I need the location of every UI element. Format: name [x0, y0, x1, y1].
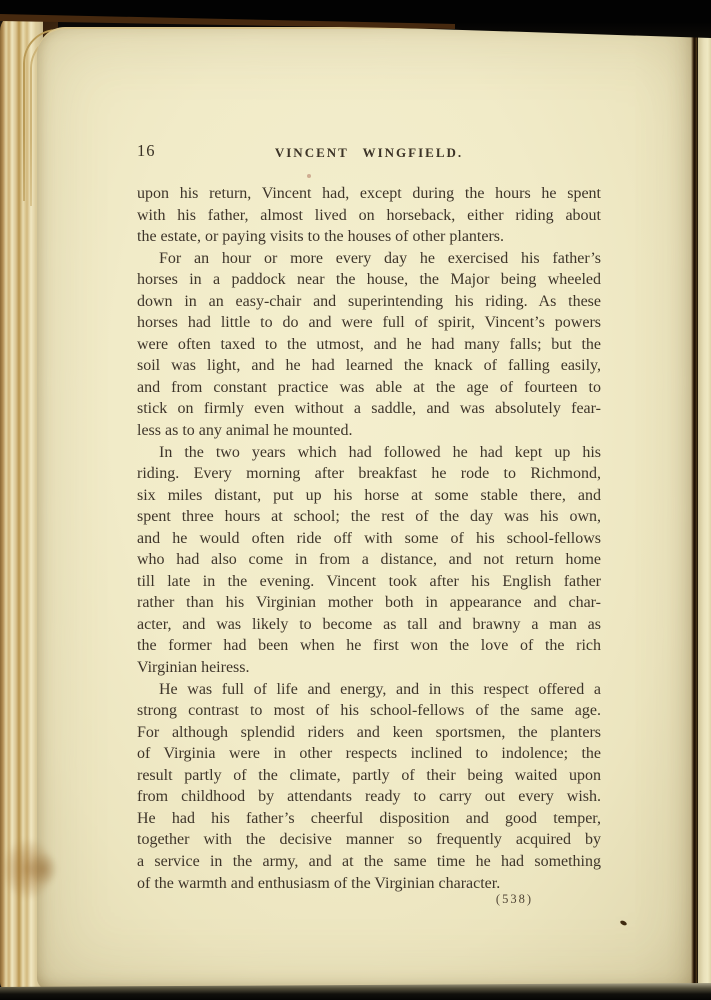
- text-line: soil was light, and he had learned the k…: [137, 355, 601, 377]
- text-line: with his father, almost lived on horseba…: [137, 205, 601, 227]
- text-line: were often taxed to the utmost, and he h…: [137, 334, 601, 356]
- text-line: horses had little to do and were full of…: [137, 312, 601, 334]
- text-line: upon his return, Vincent had, except dur…: [137, 183, 601, 205]
- text-line: the former had been when he first won th…: [137, 635, 601, 657]
- gutter-shadow: [691, 26, 698, 991]
- text-line: He was full of life and energy, and in t…: [137, 679, 601, 701]
- text-line: less as to any animal he mounted.: [137, 420, 601, 442]
- text-line: In the two years which had followed he h…: [137, 442, 601, 464]
- text-line: spent three hours at school; the rest of…: [137, 506, 601, 528]
- book-scan: 16 VINCENT WINGFIELD. upon his return, V…: [0, 0, 711, 1000]
- text-line: six miles distant, put up his horse at s…: [137, 485, 601, 507]
- text-line: and he would often ride off with some of…: [137, 528, 601, 550]
- text-line: Virginian heiress.: [137, 657, 601, 679]
- page-text: 16 VINCENT WINGFIELD. upon his return, V…: [137, 141, 601, 907]
- text-line: result partly of the climate, partly of …: [137, 765, 601, 787]
- text-line: stick on firmly even without a saddle, a…: [137, 398, 601, 420]
- text-line: For an hour or more every day he exercis…: [137, 248, 601, 270]
- paragraph: For an hour or more every day he exercis…: [137, 248, 601, 442]
- paragraph: He was full of life and energy, and in t…: [137, 679, 601, 894]
- text-line: down in an easy-chair and superintending…: [137, 291, 601, 313]
- text-line: acter, and was likely to become as tall …: [137, 614, 601, 636]
- text-line: and from constant practice was able at t…: [137, 377, 601, 399]
- facing-page-edge: [698, 30, 711, 990]
- paragraph: In the two years which had followed he h…: [137, 442, 601, 679]
- text-line: rather than his Virginian mother both in…: [137, 592, 601, 614]
- text-line: the estate, or paying visits to the hous…: [137, 226, 601, 248]
- page-stain: [28, 852, 58, 886]
- paragraph: upon his return, Vincent had, except dur…: [137, 183, 601, 248]
- text-line: who had also come in from a distance, an…: [137, 549, 601, 571]
- text-line: riding. Every morning after breakfast he…: [137, 463, 601, 485]
- text-line: horses in a paddock near the house, the …: [137, 269, 601, 291]
- text-line: a service in the army, and at the same t…: [137, 851, 601, 873]
- page-header: 16 VINCENT WINGFIELD.: [137, 141, 601, 161]
- running-title: VINCENT WINGFIELD.: [137, 143, 601, 163]
- text-line: till late in the evening. Vincent took a…: [137, 571, 601, 593]
- text-line: from childhood by attendants ready to ca…: [137, 786, 601, 808]
- text-line: For although splendid riders and keen sp…: [137, 722, 601, 744]
- text-line: He had his father’s cheerful disposition…: [137, 808, 601, 830]
- text-line: together with the decisive manner so fre…: [137, 829, 601, 851]
- body-paragraphs: upon his return, Vincent had, except dur…: [137, 183, 601, 894]
- text-line: of Virginia were in other respects incli…: [137, 743, 601, 765]
- text-line: strong contrast to most of his school-fe…: [137, 700, 601, 722]
